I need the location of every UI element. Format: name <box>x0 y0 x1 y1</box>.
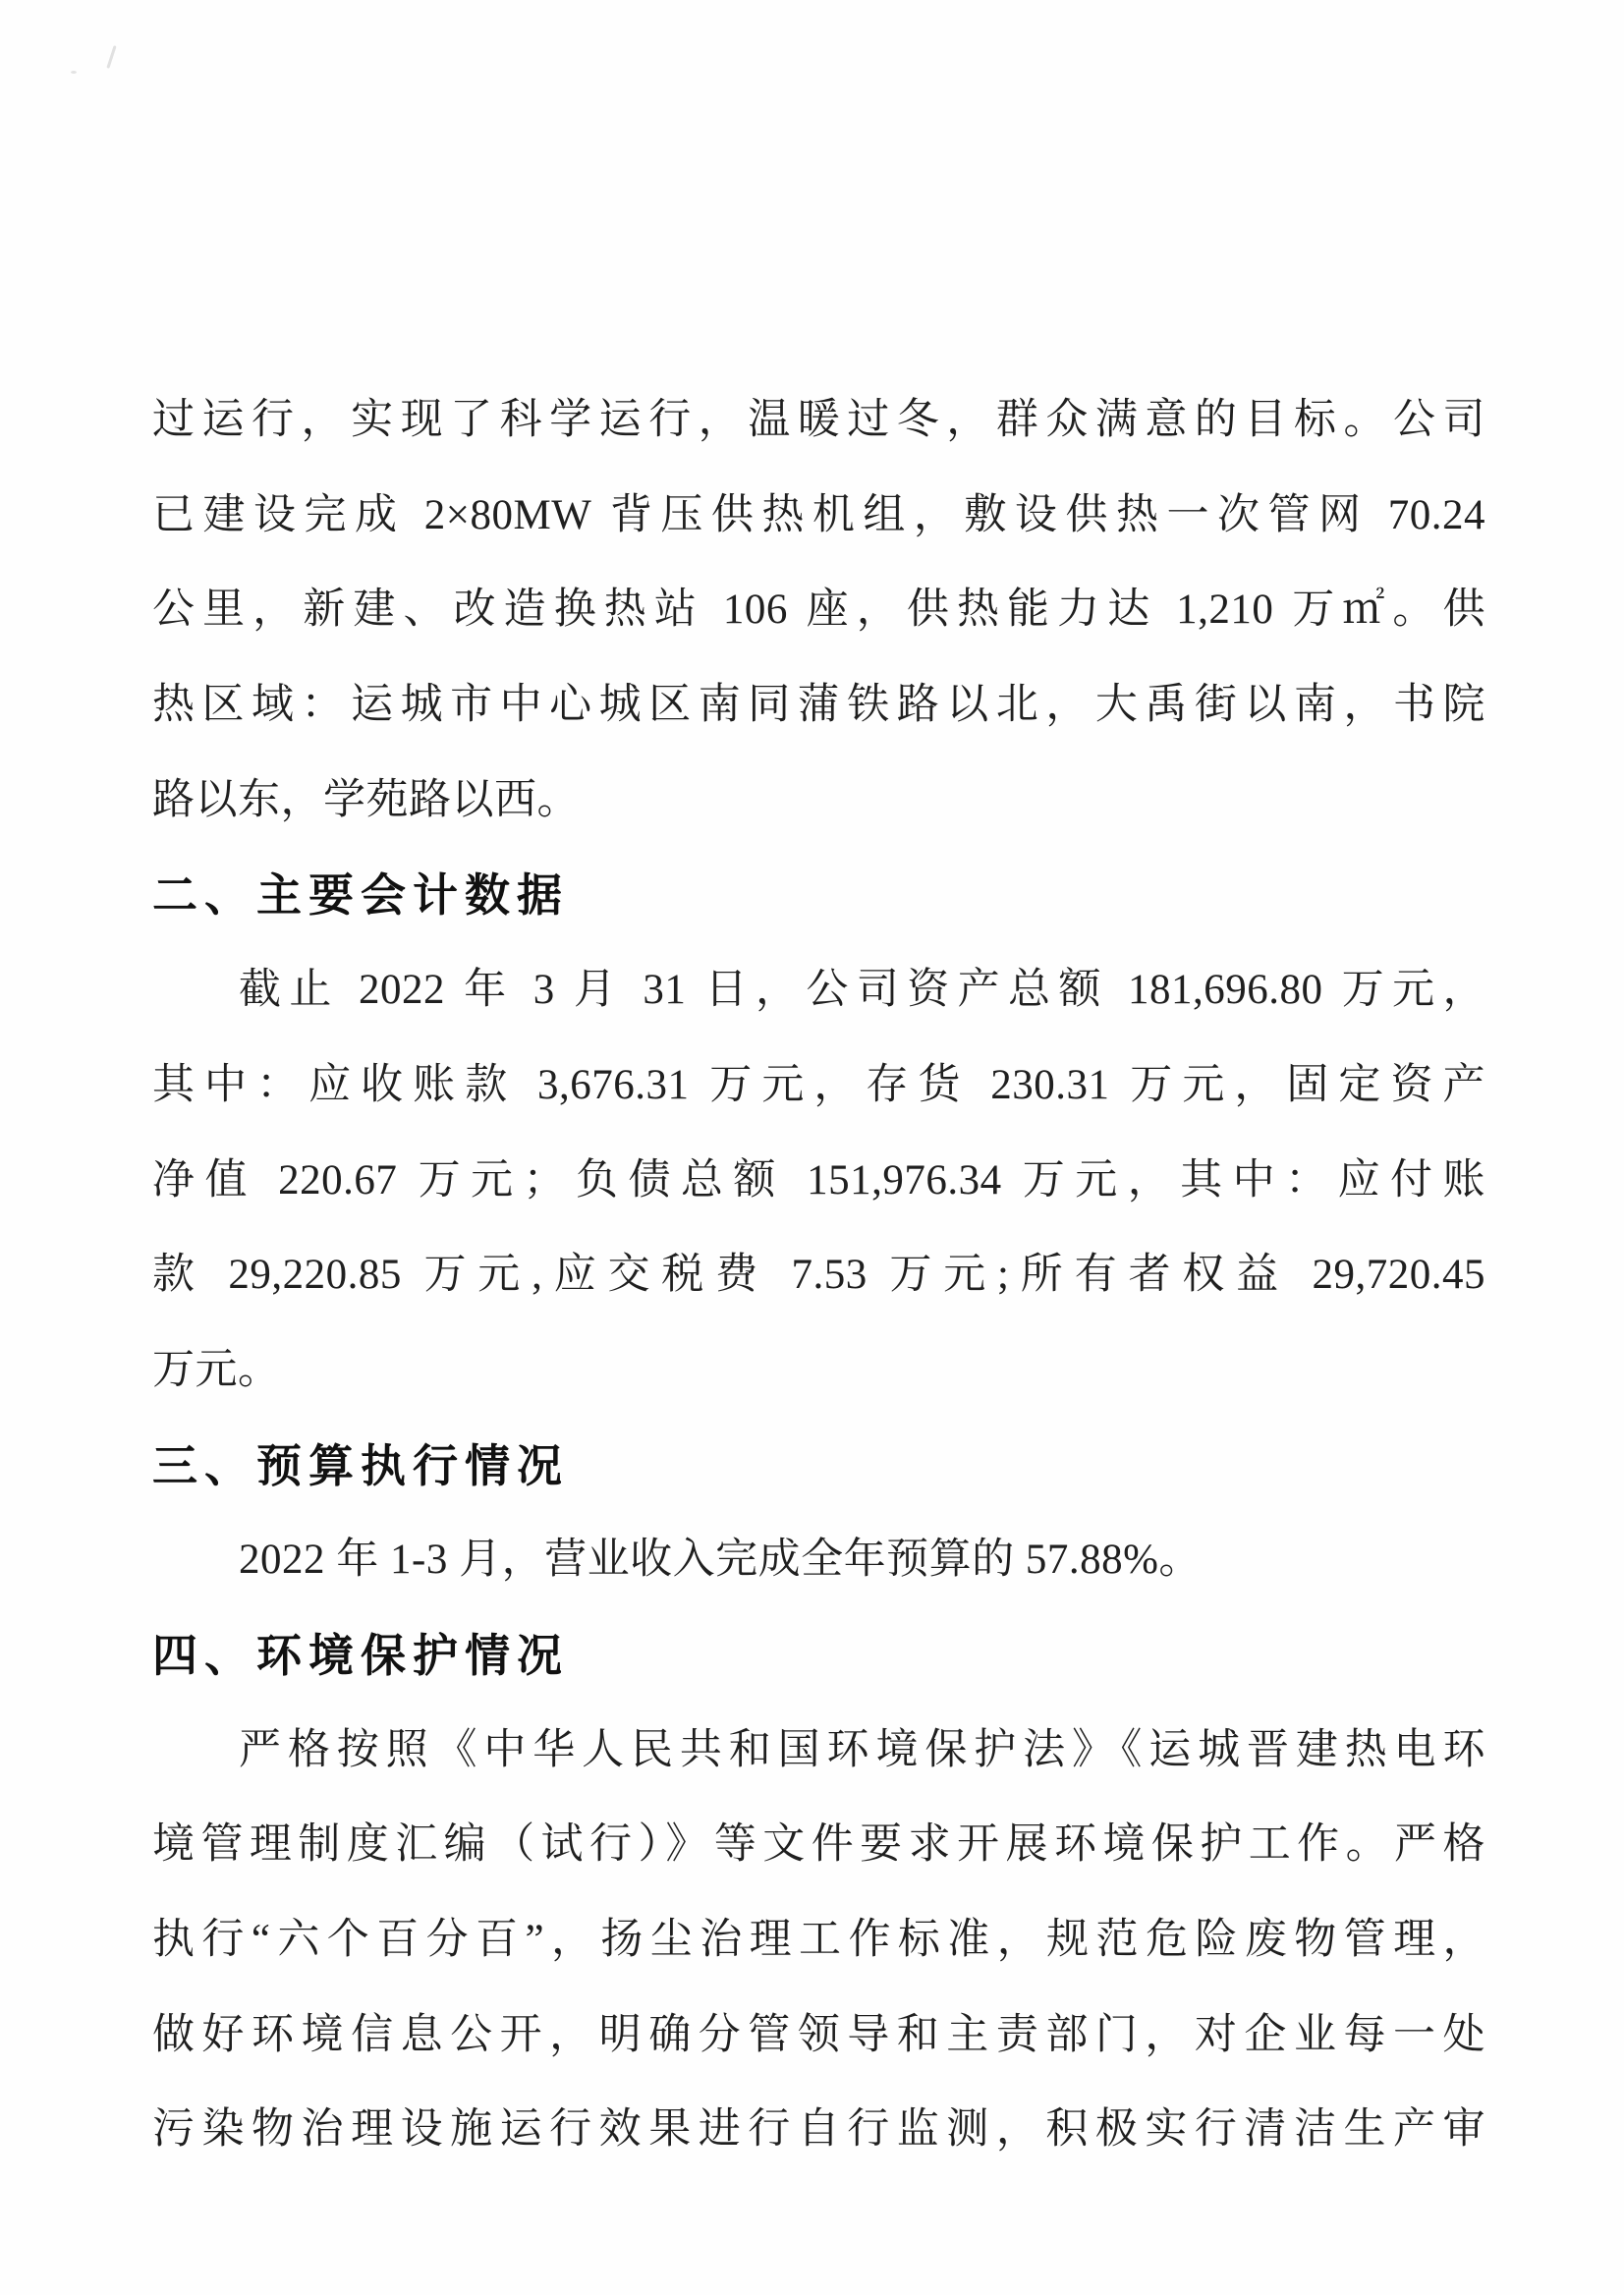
document-page: 过运行，实现了科学运行，温暖过冬，群众满意的目标。公司 已建设完成 2×80MW… <box>0 0 1624 2295</box>
paragraph-line: 已建设完成 2×80MW 背压供热机组，敷设供热一次管网 70.24 <box>152 469 1485 564</box>
paragraph-line: 过运行，实现了科学运行，温暖过冬，群众满意的目标。公司 <box>152 373 1485 469</box>
paragraph-line: 严格按照《中华人民共和国环境保护法》《运城晋建热电环 <box>152 1704 1485 1799</box>
paragraph-line: 2022 年 1-3 月，营业收入完成全年预算的 57.88%。 <box>152 1513 1485 1608</box>
paragraph-line: 截止 2022 年 3 月 31 日，公司资产总额 181,696.80 万元， <box>152 943 1485 1038</box>
paragraph-line: 万元。 <box>152 1323 1485 1419</box>
paragraph-line: 做好环境信息公开，明确分管领导和主责部门，对企业每一处 <box>152 1988 1485 2084</box>
text-column: 过运行，实现了科学运行，温暖过冬，群众满意的目标。公司 已建设完成 2×80MW… <box>152 373 1485 2178</box>
scan-artifact-mark <box>106 45 116 69</box>
paragraph-line: 公里，新建、改造换热站 106 座，供热能力达 1,210 万㎡。供 <box>152 563 1485 658</box>
paragraph-line: 执行“六个百分百”，扬尘治理工作标准，规范危险废物管理， <box>152 1893 1485 1988</box>
paragraph-line: 其中：应收账款 3,676.31 万元，存货 230.31 万元，固定资产 <box>152 1038 1485 1134</box>
paragraph-line: 路以东，学苑路以西。 <box>152 754 1485 849</box>
paragraph-line: 境管理制度汇编（试行）》等文件要求开展环境保护工作。严格 <box>152 1798 1485 1893</box>
paragraph-line: 款 29,220.85 万元,应交税费 7.53 万元;所有者权益 29,720… <box>152 1228 1485 1323</box>
paragraph-line: 热区域：运城市中心城区南同蒲铁路以北，大禹街以南，书院 <box>152 658 1485 754</box>
section-heading-2: 二、主要会计数据 <box>152 848 1485 943</box>
paragraph-line: 净值 220.67 万元；负债总额 151,976.34 万元，其中：应付账 <box>152 1134 1485 1229</box>
paragraph-line: 污染物治理设施运行效果进行自行监测，积极实行清洁生产审 <box>152 2083 1485 2178</box>
section-heading-3: 三、预算执行情况 <box>152 1419 1485 1514</box>
scan-artifact-dot <box>71 71 77 74</box>
section-heading-4: 四、环境保护情况 <box>152 1608 1485 1704</box>
